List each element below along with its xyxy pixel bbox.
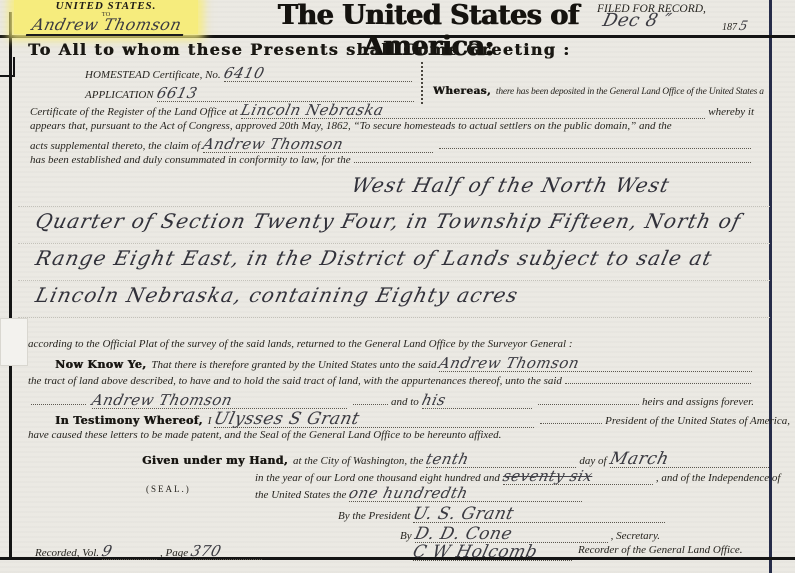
- president-signature-entry: Ulysses S Grant: [212, 411, 361, 428]
- homestead-patent-document: UNITED STATES. TO Andrew Thomson The Uni…: [0, 0, 795, 573]
- grantee-entry-1: Andrew Thomson: [438, 356, 582, 371]
- left-bracket-tick-vertical: [13, 57, 15, 77]
- recorder-signature: C W Holcomb: [411, 544, 539, 561]
- application-number: 6613: [155, 86, 199, 101]
- pronoun-entry: his: [420, 393, 447, 408]
- page-entry: 370: [189, 544, 223, 559]
- year-line: in the year of our Lord one thousand eig…: [255, 469, 790, 485]
- land-description-line-4: Lincoln Nebraska, containing Eighty acre…: [36, 285, 518, 305]
- testimony-line-2: have caused these letters to be made pat…: [28, 429, 501, 441]
- ruled-line: [18, 243, 770, 244]
- filed-date: Dec 8 ″: [603, 12, 671, 30]
- recorder-title-line: Recorder of the General Land Office.: [578, 544, 743, 556]
- application-line: APPLICATION 6613: [85, 86, 417, 102]
- homestead-certificate-number: 6410: [222, 66, 266, 81]
- now-know-ye-line: Now Know Ye, That there is therefore gra…: [55, 356, 755, 372]
- whereas-line-2: Certificate of the Register of the Land …: [30, 103, 754, 119]
- left-bracket-tick-horizontal: [0, 75, 14, 77]
- left-edge-line-lower: [9, 364, 12, 557]
- by-president-line: By the President U. S. Grant: [338, 506, 668, 523]
- filing-stamp-highlight: UNITED STATES. TO Andrew Thomson: [14, 0, 198, 34]
- whereas-line-5: has been established and duly consummate…: [30, 154, 754, 166]
- filed-year: 187 5: [722, 20, 748, 33]
- ruled-line: [18, 280, 770, 281]
- day-entry: tenth: [425, 452, 471, 467]
- left-edge-line: [9, 12, 12, 320]
- recorder-signature-line: C W Holcomb: [410, 544, 575, 561]
- independence-words-entry: one hundredth: [348, 486, 470, 501]
- year-words-entry: seventy six: [501, 469, 594, 484]
- right-edge-line: [769, 0, 772, 573]
- plat-clause: according to the Official Plat of the su…: [28, 338, 573, 350]
- land-description-line-3: Range Eight East, in the District of Lan…: [36, 248, 712, 268]
- recorded-vol-page-line: Recorded, Vol. 9 , Page 370: [35, 544, 265, 560]
- ruled-line: [18, 317, 770, 318]
- secretary-line: By D. D. Cone , Secretary.: [400, 526, 660, 543]
- ruled-line: [18, 206, 770, 207]
- land-description-line-1: West Half of the North West: [352, 175, 670, 195]
- homestead-certificate-line: HOMESTEAD Certificate, No. 6410: [85, 66, 415, 82]
- land-office-entry: Lincoln Nebraska: [239, 103, 385, 118]
- given-under-hand-line: Given under my Hand, at the City of Wash…: [142, 451, 772, 468]
- testimony-line-1: In Testimony Whereof, I Ulysses S Grant …: [55, 411, 790, 428]
- certificate-divider: [421, 62, 423, 104]
- whereas-line-3: appears that, pursuant to the Act of Con…: [30, 120, 672, 132]
- stamp-grantee-signature: Andrew Thomson: [25, 17, 186, 36]
- whereas-line-1: Whereas, there has been deposited in the…: [433, 85, 764, 97]
- tract-line: the tract of land above described, to ha…: [28, 375, 754, 387]
- president-signature: U. S. Grant: [411, 506, 515, 523]
- application-label: APPLICATION: [85, 89, 154, 101]
- left-edge-tab: [0, 318, 28, 366]
- homestead-certificate-label: HOMESTEAD Certificate, No.: [85, 69, 221, 81]
- greeting-line: To All to whom these Presents shall Come…: [28, 40, 571, 59]
- whereas-line-4: acts supplemental thereto, the claim of …: [30, 137, 754, 153]
- grantee-heirs-line: Andrew Thomson and to his heirs and assi…: [28, 393, 754, 409]
- land-description-line-2: Quarter of Section Twenty Four, in Towns…: [36, 211, 741, 231]
- grantee-entry-2: Andrew Thomson: [90, 393, 234, 408]
- secretary-signature: D. D. Cone: [413, 526, 514, 543]
- independence-line: the United States the one hundredth: [255, 486, 585, 502]
- seal-label: (SEAL.): [146, 484, 191, 494]
- month-entry: March: [608, 451, 671, 468]
- claimant-entry: Andrew Thomson: [201, 137, 345, 152]
- volume-entry: 9: [100, 544, 114, 559]
